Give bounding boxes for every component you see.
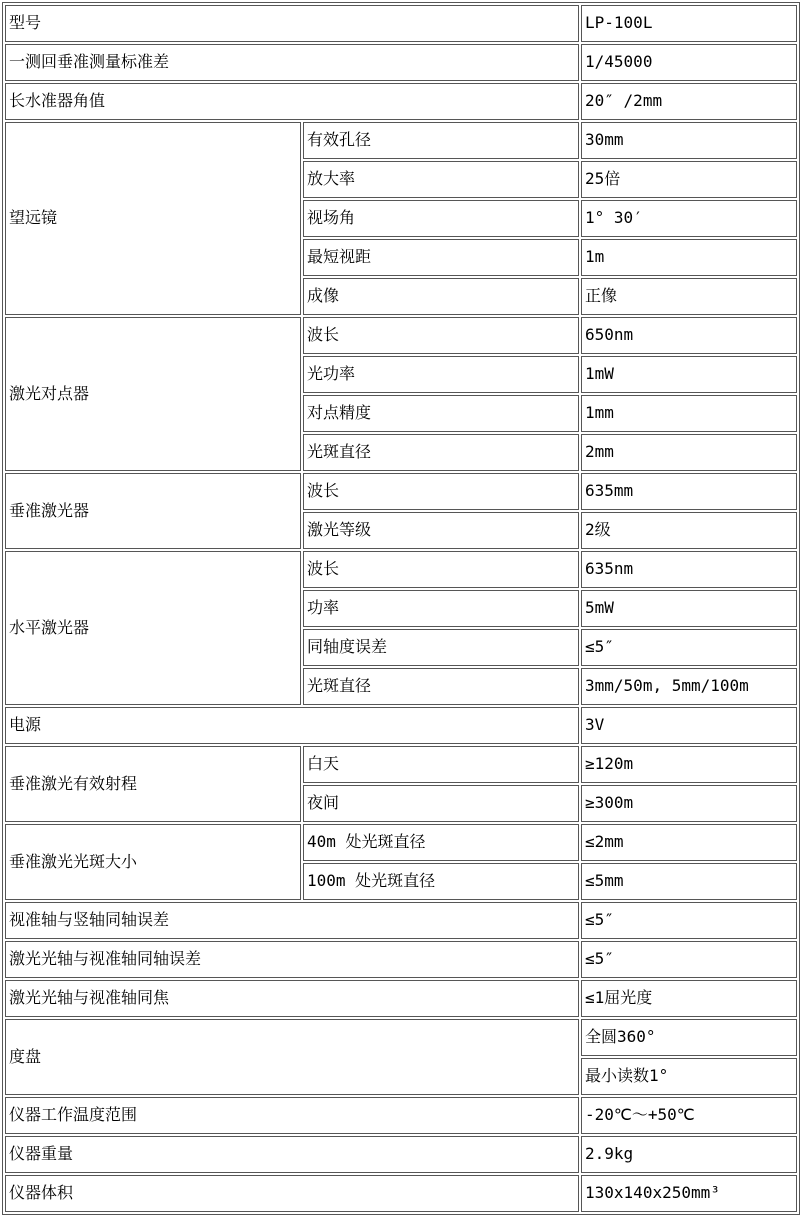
spec-value-cell: 全圆360° <box>581 1019 797 1056</box>
spec-value-cell: 1m <box>581 239 797 276</box>
spec-label-cell: 仪器重量 <box>5 1136 579 1173</box>
spec-category-cell: 水平激光器 <box>5 551 301 705</box>
spec-category-cell: 激光对点器 <box>5 317 301 471</box>
table-row: 望远镜有效孔径30mm <box>5 122 797 159</box>
spec-param-cell: 波长 <box>303 317 579 354</box>
table-row: 垂准激光器波长635mm <box>5 473 797 510</box>
spec-label-cell: 激光光轴与视准轴同焦 <box>5 980 579 1017</box>
spec-value-cell: LP-100L <box>581 5 797 42</box>
spec-value-cell: 1mm <box>581 395 797 432</box>
spec-param-cell: 白天 <box>303 746 579 783</box>
spec-category-cell: 垂准激光器 <box>5 473 301 549</box>
spec-category-cell: 度盘 <box>5 1019 579 1095</box>
spec-category-cell: 垂准激光有效射程 <box>5 746 301 822</box>
table-row: 激光对点器波长650nm <box>5 317 797 354</box>
spec-param-cell: 夜间 <box>303 785 579 822</box>
spec-value-cell: ≥300m <box>581 785 797 822</box>
spec-param-cell: 功率 <box>303 590 579 627</box>
table-row: 垂准激光有效射程白天≥120m <box>5 746 797 783</box>
spec-param-cell: 对点精度 <box>303 395 579 432</box>
spec-value-cell: 30mm <box>581 122 797 159</box>
spec-value-cell: ≤1屈光度 <box>581 980 797 1017</box>
table-row: 激光光轴与视准轴同轴误差≤5″ <box>5 941 797 978</box>
spec-param-cell: 波长 <box>303 551 579 588</box>
spec-value-cell: 635mm <box>581 473 797 510</box>
spec-value-cell: 2mm <box>581 434 797 471</box>
spec-value-cell: ≤5″ <box>581 941 797 978</box>
table-row: 水平激光器波长635nm <box>5 551 797 588</box>
spec-value-cell: 650nm <box>581 317 797 354</box>
spec-param-cell: 成像 <box>303 278 579 315</box>
spec-value-cell: 635nm <box>581 551 797 588</box>
spec-value-cell: 20″ /2mm <box>581 83 797 120</box>
spec-value-cell: 2级 <box>581 512 797 549</box>
table-row: 仪器体积130x140x250mm³ <box>5 1175 797 1212</box>
spec-label-cell: 电源 <box>5 707 579 744</box>
table-row: 视准轴与竖轴同轴误差≤5″ <box>5 902 797 939</box>
spec-label-cell: 长水准器角值 <box>5 83 579 120</box>
spec-value-cell: 5mW <box>581 590 797 627</box>
spec-param-cell: 波长 <box>303 473 579 510</box>
spec-value-cell: ≤5″ <box>581 629 797 666</box>
table-row: 度盘全圆360° <box>5 1019 797 1056</box>
spec-param-cell: 40m 处光斑直径 <box>303 824 579 861</box>
spec-label-cell: 仪器工作温度范围 <box>5 1097 579 1134</box>
spec-value-cell: -20℃～+50℃ <box>581 1097 797 1134</box>
spec-value-cell: 正像 <box>581 278 797 315</box>
spec-value-cell: ≤5mm <box>581 863 797 900</box>
spec-param-cell: 100m 处光斑直径 <box>303 863 579 900</box>
spec-param-cell: 同轴度误差 <box>303 629 579 666</box>
spec-param-cell: 光功率 <box>303 356 579 393</box>
spec-value-cell: ≤2mm <box>581 824 797 861</box>
spec-label-cell: 激光光轴与视准轴同轴误差 <box>5 941 579 978</box>
table-row: 激光光轴与视准轴同焦≤1屈光度 <box>5 980 797 1017</box>
spec-value-cell: ≤5″ <box>581 902 797 939</box>
spec-category-cell: 垂准激光光斑大小 <box>5 824 301 900</box>
table-row: 一测回垂准测量标准差1/45000 <box>5 44 797 81</box>
spec-label-cell: 仪器体积 <box>5 1175 579 1212</box>
spec-value-cell: 2.9kg <box>581 1136 797 1173</box>
spec-param-cell: 视场角 <box>303 200 579 237</box>
spec-value-cell: 130x140x250mm³ <box>581 1175 797 1212</box>
table-row: 长水准器角值20″ /2mm <box>5 83 797 120</box>
spec-value-cell: 3mm/50m, 5mm/100m <box>581 668 797 705</box>
spec-param-cell: 激光等级 <box>303 512 579 549</box>
table-row: 垂准激光光斑大小40m 处光斑直径≤2mm <box>5 824 797 861</box>
spec-value-cell: 最小读数1° <box>581 1058 797 1095</box>
spec-value-cell: 1/45000 <box>581 44 797 81</box>
table-row: 仪器重量2.9kg <box>5 1136 797 1173</box>
spec-table-body: 型号LP-100L一测回垂准测量标准差1/45000长水准器角值20″ /2mm… <box>5 5 797 1212</box>
spec-param-cell: 放大率 <box>303 161 579 198</box>
spec-label-cell: 视准轴与竖轴同轴误差 <box>5 902 579 939</box>
spec-value-cell: ≥120m <box>581 746 797 783</box>
spec-category-cell: 望远镜 <box>5 122 301 315</box>
table-row: 型号LP-100L <box>5 5 797 42</box>
table-row: 仪器工作温度范围-20℃～+50℃ <box>5 1097 797 1134</box>
spec-value-cell: 1mW <box>581 356 797 393</box>
spec-table: 型号LP-100L一测回垂准测量标准差1/45000长水准器角值20″ /2mm… <box>2 2 800 1215</box>
spec-value-cell: 3V <box>581 707 797 744</box>
table-row: 电源3V <box>5 707 797 744</box>
spec-param-cell: 光斑直径 <box>303 434 579 471</box>
spec-value-cell: 1° 30′ <box>581 200 797 237</box>
spec-param-cell: 光斑直径 <box>303 668 579 705</box>
spec-value-cell: 25倍 <box>581 161 797 198</box>
spec-param-cell: 有效孔径 <box>303 122 579 159</box>
spec-label-cell: 型号 <box>5 5 579 42</box>
spec-param-cell: 最短视距 <box>303 239 579 276</box>
spec-label-cell: 一测回垂准测量标准差 <box>5 44 579 81</box>
